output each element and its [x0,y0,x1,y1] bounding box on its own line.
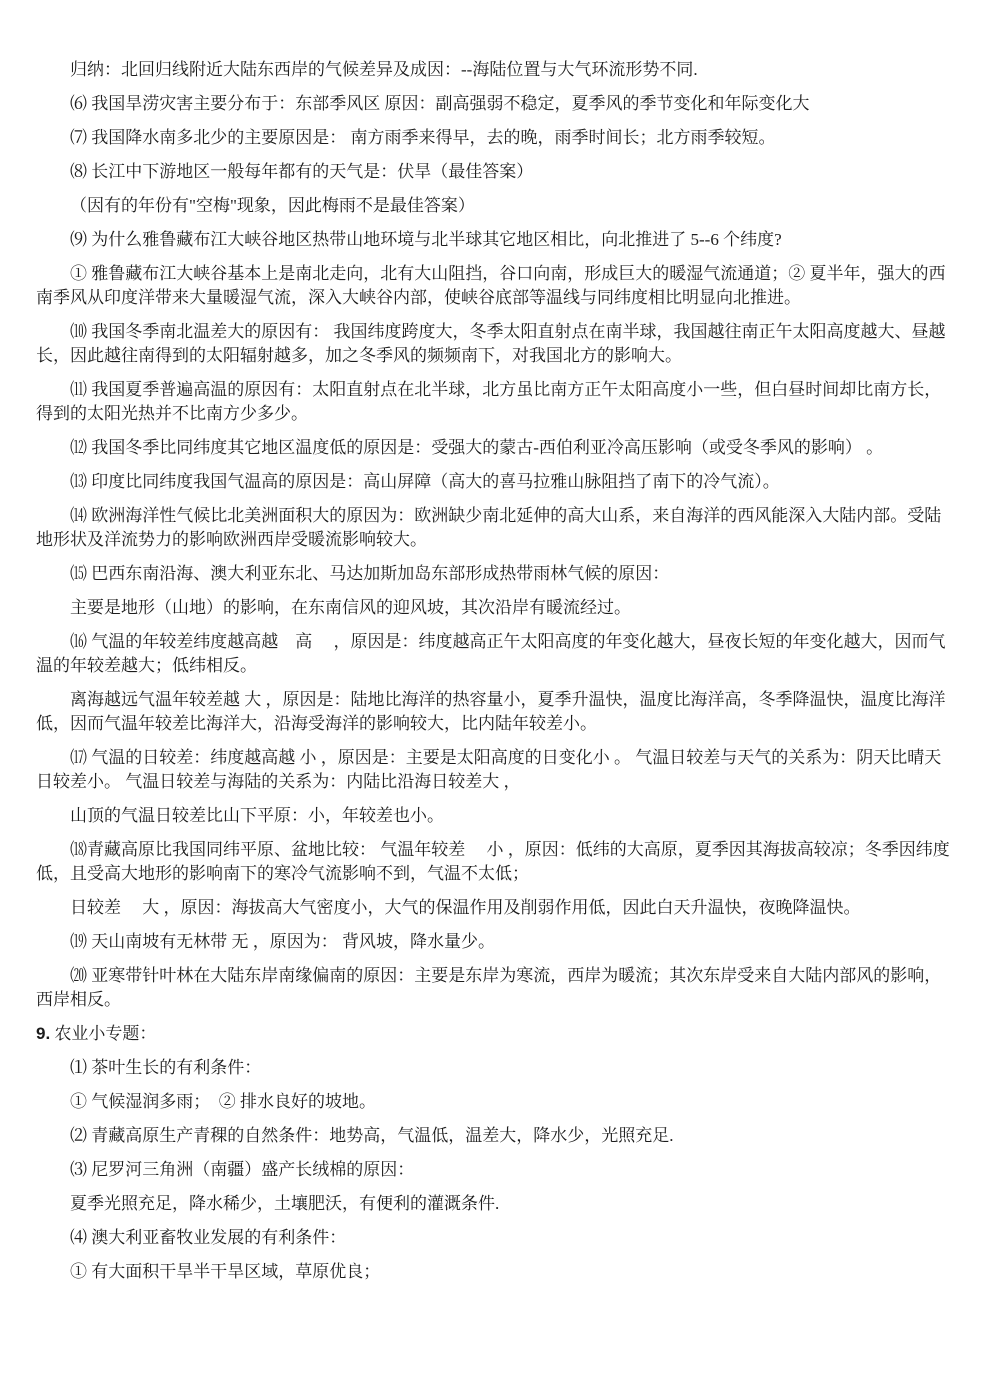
paragraph-text: 农业小专题： [50,1024,156,1043]
paragraph-13: ⒂ 巴西东南沿海、澳大利亚东北、马达加斯加岛东部形成热带雨林气候的原因： [36,562,951,586]
section-number: 9. [36,1024,50,1043]
document-body: 归纳：北回归线附近大陆东西岸的气候差异及成因：--海陆位置与大气环流形势不同.⑹… [36,58,951,1284]
paragraph-7: ① 雅鲁藏布江大峡谷基本上是南北走向，北有大山阻挡，谷口向南，形成巨大的暖湿气流… [36,262,951,310]
paragraph-24: ⑴ 茶叶生长的有利条件： [36,1056,951,1080]
document-page: 归纳：北回归线附近大陆东西岸的气候差异及成因：--海陆位置与大气环流形势不同.⑹… [0,0,987,1398]
paragraph-4: ⑻ 长江中下游地区一般每年都有的天气是：伏旱（最佳答案） [36,160,951,184]
paragraph-16: 离海越远气温年较差越 大 ，原因是：陆地比海洋的热容量小，夏季升温快，温度比海洋… [36,688,951,736]
paragraph-26: ⑵ 青藏高原生产青稞的自然条件：地势高，气温低，温差大，降水少，光照充足. [36,1124,951,1148]
paragraph-6: ⑼ 为什么雅鲁藏布江大峡谷地区热带山地环境与北半球其它地区相比，向北推进了 5-… [36,228,951,252]
paragraph-8: ⑽ 我国冬季南北温差大的原因有： 我国纬度跨度大，冬季太阳直射点在南半球，我国越… [36,320,951,368]
paragraph-25: ① 气候湿润多雨； ② 排水良好的坡地。 [36,1090,951,1114]
paragraph-17: ⒄ 气温的日较差：纬度越高越 小 ，原因是：主要是太阳高度的日变化小 。 气温日… [36,746,951,794]
paragraph-18: 山顶的气温日较差比山下平原：小，年较差也小。 [36,804,951,828]
paragraph-29: ⑷ 澳大利亚畜牧业发展的有利条件： [36,1226,951,1250]
paragraph-3: ⑺ 我国降水南多北少的主要原因是： 南方雨季来得早，去的晚，雨季时间长；北方雨季… [36,126,951,150]
paragraph-27: ⑶ 尼罗河三角洲（南疆）盛产长绒棉的原因： [36,1158,951,1182]
paragraph-9: ⑾ 我国夏季普遍高温的原因有：太阳直射点在北半球，北方虽比南方正午太阳高度小一些… [36,378,951,426]
paragraph-11: ⒀ 印度比同纬度我国气温高的原因是：高山屏障（高大的喜马拉雅山脉阻挡了南下的冷气… [36,470,951,494]
paragraph-21: ⒆ 天山南坡有无林带 无 ，原因为： 背风坡，降水量少。 [36,930,951,954]
paragraph-2: ⑹ 我国旱涝灾害主要分布于：东部季风区 原因：副高强弱不稳定，夏季风的季节变化和… [36,92,951,116]
paragraph-5: （因有的年份有"空梅"现象，因此梅雨不是最佳答案） [36,194,951,218]
paragraph-30: ① 有大面积干旱半干旱区域，草原优良； [36,1260,951,1284]
paragraph-1: 归纳：北回归线附近大陆东西岸的气候差异及成因：--海陆位置与大气环流形势不同. [36,58,951,82]
paragraph-23: 9. 农业小专题： [36,1022,951,1046]
paragraph-15: ⒃ 气温的年较差纬度越高越 高 ，原因是：纬度越高正午太阳高度的年变化越大，昼夜… [36,630,951,678]
paragraph-19: ⒅青藏高原比我国同纬平原、盆地比较： 气温年较差 小 ，原因：低纬的大高原，夏季… [36,838,951,886]
paragraph-10: ⑿ 我国冬季比同纬度其它地区温度低的原因是：受强大的蒙古-西伯利亚冷高压影响（或… [36,436,951,460]
paragraph-12: ⒁ 欧洲海洋性气候比北美洲面积大的原因为：欧洲缺少南北延伸的高大山系，来自海洋的… [36,504,951,552]
paragraph-22: ⒇ 亚寒带针叶林在大陆东岸南缘偏南的原因：主要是东岸为寒流，西岸为暖流；其次东岸… [36,964,951,1012]
paragraph-28: 夏季光照充足，降水稀少，土壤肥沃，有便利的灌溉条件. [36,1192,951,1216]
paragraph-20: 日较差 大 ，原因：海拔高大气密度小，大气的保温作用及削弱作用低，因此白天升温快… [36,896,951,920]
paragraph-14: 主要是地形（山地）的影响，在东南信风的迎风坡，其次沿岸有暖流经过。 [36,596,951,620]
